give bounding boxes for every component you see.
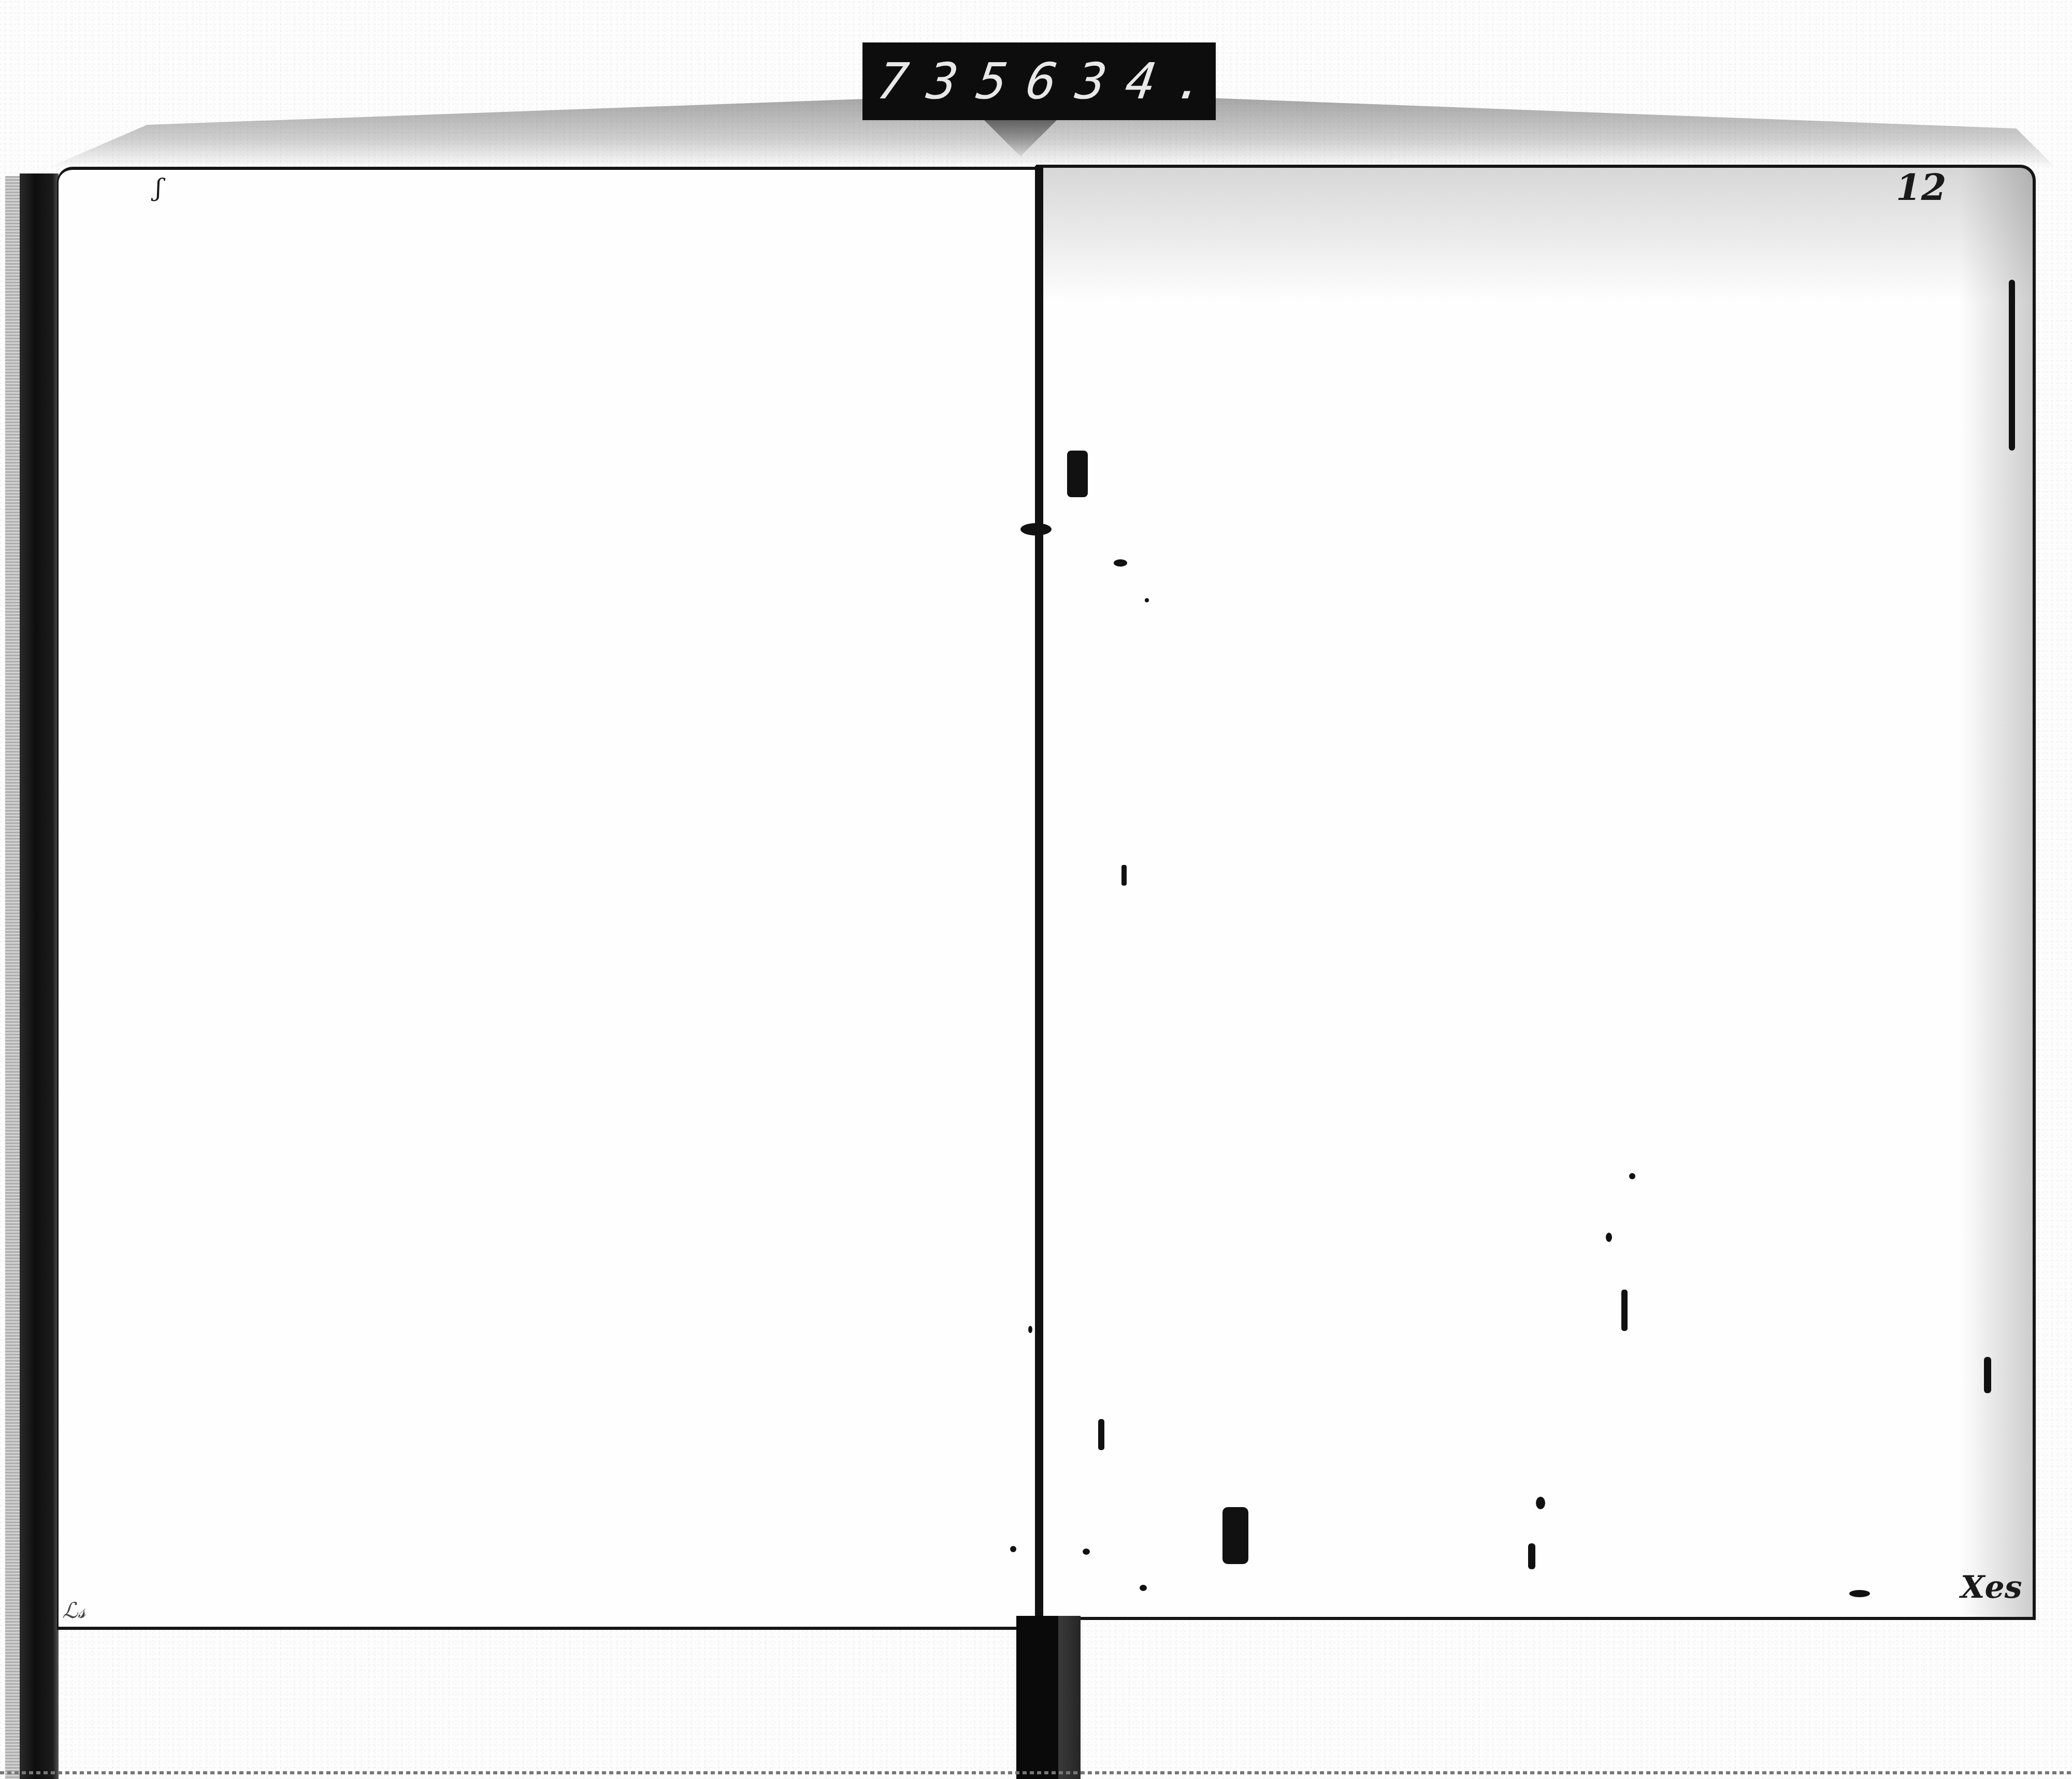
ink-speck [1536,1497,1545,1509]
ink-speck [1114,559,1127,567]
ink-speck [1849,1590,1870,1597]
ink-speck [1010,1546,1016,1552]
frame-counter: 735 634. [862,42,1216,120]
ink-speck [1621,1290,1628,1331]
ink-speck [1145,598,1149,602]
scan-bottom-edge [0,1771,2072,1774]
book-gutter [1035,166,1043,1616]
ink-speck [1067,451,1088,497]
handwritten-mark-bottom-right: Xes [1961,1569,2022,1606]
handwritten-mark-bottom-left: ℒ𝓈 [62,1598,86,1624]
ink-speck [1528,1543,1535,1569]
frame-counter-left: 735 [874,52,1031,110]
frame-counter-right: 634. [1023,52,1230,110]
ink-speck [1140,1585,1147,1591]
ink-speck [1098,1419,1104,1450]
handwritten-mark-top-right: 12 [1896,166,1946,209]
book-page-edges [5,176,21,1779]
spine-bottom [1016,1616,1081,1779]
right-page [1036,165,2036,1620]
ink-speck [1984,1357,1991,1393]
ink-speck [2009,280,2015,451]
ink-speck [1121,865,1127,886]
ink-speck [1083,1549,1090,1555]
ink-speck [1606,1233,1612,1242]
ink-speck [1222,1507,1248,1564]
book-cover-edge [20,173,59,1779]
ink-speck [1020,523,1052,536]
ink-speck [1028,1326,1032,1333]
handwritten-mark-top-left: ʃ [155,173,162,201]
ink-speck [1629,1173,1635,1179]
left-page [57,167,1041,1630]
